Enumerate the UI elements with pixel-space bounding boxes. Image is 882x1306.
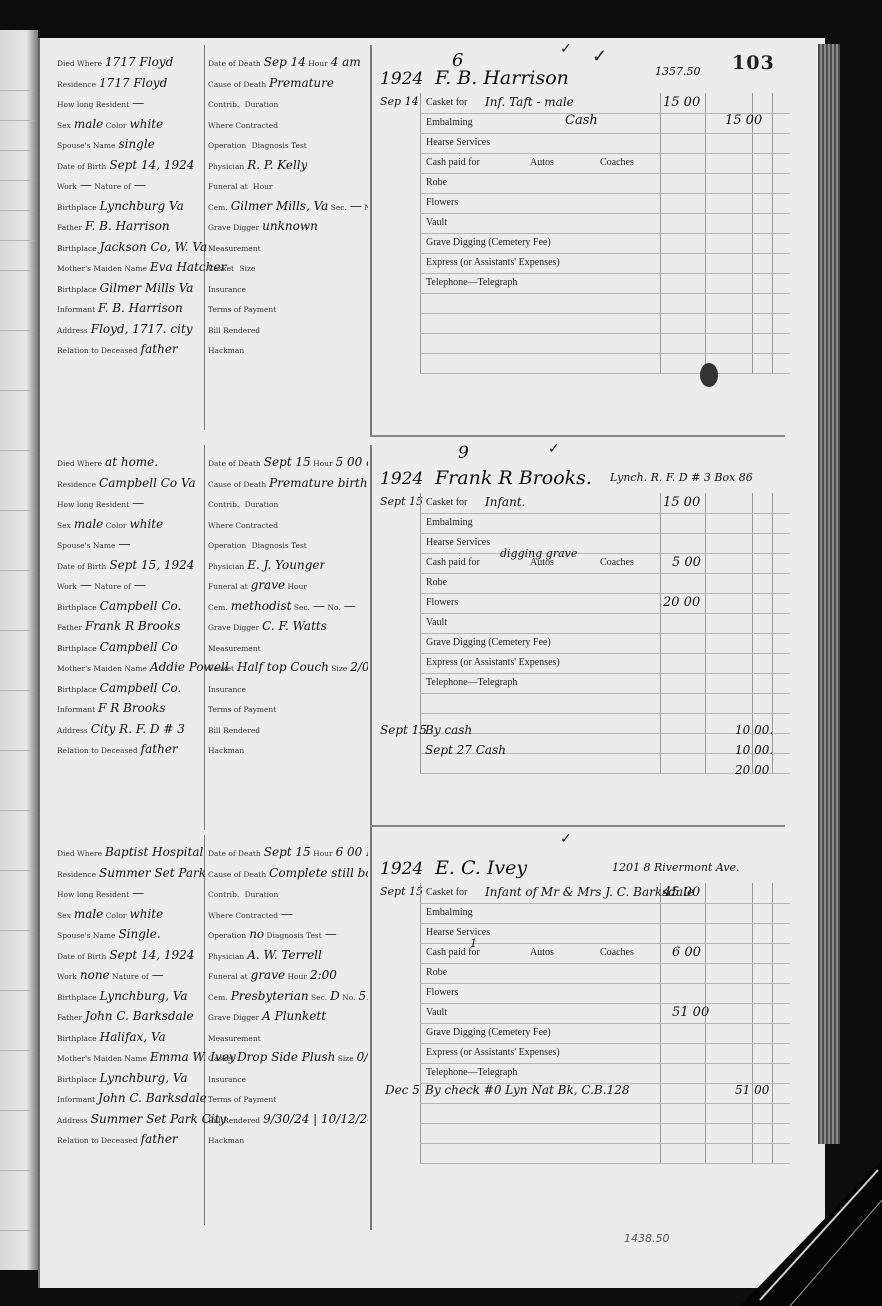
physician-value: A. W. Terrell (247, 948, 322, 962)
mothers-maiden-name-field: Mother's Maiden NameEva Hatcher (57, 260, 226, 274)
where-contracted-value: — (281, 907, 293, 921)
mother-birthplace-label: Birthplace (57, 685, 97, 694)
ledger-label: Embalming (426, 907, 473, 918)
birthplace-value: Campbell Co. (100, 599, 182, 613)
embalming-note: Cash (565, 113, 598, 128)
check-mark: ✓ (592, 46, 607, 67)
ledger-row-express: Express (or Assistants' Expenses) (420, 1043, 790, 1064)
bill-rendered-field: Bill Rendered (208, 722, 263, 736)
color-label: Color (106, 911, 127, 920)
ledger-year: 1924 (380, 469, 423, 489)
cemetery-label: Cem. (208, 203, 228, 212)
how-long-resident-field: How long Resident— (57, 496, 144, 510)
ledger-label: Hearse Services (426, 927, 490, 938)
sex-label: Sex (57, 521, 71, 530)
plot-no-label: No. (327, 603, 340, 612)
sex-label: Sex (57, 911, 71, 920)
work-label: Work (57, 582, 77, 591)
mother-birthplace-label: Birthplace (57, 285, 97, 294)
date-of-death-label: Date of Death (208, 459, 261, 468)
where-contracted-field: Where Contracted— (208, 907, 293, 921)
ledger-row-flowers: Flowers (420, 983, 790, 1004)
date-of-death-field: Date of DeathSep 14 Hour4 am (208, 55, 361, 69)
color-value: white (129, 517, 163, 531)
date-of-death-field: Date of DeathSept 15 Hour5 00 am (208, 455, 368, 469)
payment-amount: 51 00 (735, 1083, 769, 1097)
ledger-label: Embalming (426, 117, 473, 128)
ledger-blank-row (420, 333, 790, 354)
ledger-label: Telephone—Telegraph (426, 677, 517, 688)
died-where-value: Baptist Hospital (105, 845, 203, 859)
ledger-row-embalming: Embalming (420, 903, 790, 924)
facing-page-edge (0, 30, 38, 1270)
relation-to-deceased-field: Relation to Deceasedfather (57, 1132, 178, 1146)
ledger-label: Telephone—Telegraph (426, 1067, 517, 1078)
grave-digger-value: A Plunkett (262, 1009, 326, 1023)
check-mark: ✓ (548, 441, 560, 457)
date-of-birth-value: Sept 14, 1924 (109, 158, 194, 172)
duration-label: Duration (245, 500, 279, 509)
funeral-at-field: Funeral at Hour (208, 178, 276, 192)
ledger-date: Sep 14 (380, 95, 419, 108)
ledger-label: Casket for (426, 497, 467, 508)
mother-birthplace-field: BirthplaceGilmer Mills Va (57, 281, 193, 295)
physician-value: R. P. Kelly (247, 158, 307, 172)
grave-digger-label: Grave Digger (208, 223, 259, 232)
page-stack-edge (818, 44, 840, 1144)
page-number: 103 (732, 52, 775, 74)
work-label: Work (57, 972, 77, 981)
operation-field: Operation Diagnosis Test (208, 137, 310, 151)
cause-of-death-label: Cause of Death (208, 870, 266, 879)
ledger-label: Casket for (426, 887, 467, 898)
spouses-name-field: Spouse's Name— (57, 537, 130, 551)
died-where-field: Died WhereBaptist Hospital (57, 845, 203, 859)
residence-value: Summer Set Park (99, 866, 206, 880)
hour-value: 5 00 am (336, 455, 368, 469)
insurance-label: Insurance (208, 1075, 246, 1084)
ledger-blank-row (420, 353, 790, 374)
physician-label: Physician (208, 562, 244, 571)
grave-digger-value: unknown (262, 219, 318, 233)
date-of-death-value: Sept 15 (264, 455, 311, 469)
spouses-name-value: — (118, 537, 130, 551)
measurement-field: Measurement (208, 640, 264, 654)
father-label: Father (57, 223, 82, 232)
grave-digger-label: Grave Digger (208, 1013, 259, 1022)
grave-digger-field: Grave DiggerA Plunkett (208, 1009, 326, 1023)
relation-to-deceased-value: father (141, 342, 178, 356)
funeral-hour-label: Hour (287, 972, 306, 981)
residence-value: 1717 Floyd (99, 76, 167, 90)
cause-of-death-field: Cause of DeathPremature (208, 76, 334, 90)
coaches-label: Coaches (600, 557, 634, 568)
ledger-label: Flowers (426, 597, 458, 608)
informant-label: Informant (57, 705, 95, 714)
ledger-row-telephone: Telephone—Telegraph (420, 273, 790, 294)
died-where-value: at home. (105, 455, 158, 469)
spouses-name-value: Single. (118, 927, 160, 941)
operation-label: Operation (208, 541, 246, 550)
ink-stain (700, 363, 718, 387)
birthplace-value: Lynchburg, Va (100, 989, 188, 1003)
died-where-label: Died Where (57, 459, 102, 468)
sex-value: male (74, 517, 103, 531)
where-contracted-field: Where Contracted (208, 517, 281, 531)
insurance-label: Insurance (208, 685, 246, 694)
mother-birthplace-label: Birthplace (57, 1075, 97, 1084)
mothers-maiden-name-label: Mother's Maiden Name (57, 1054, 147, 1063)
sec-value: — (313, 599, 325, 613)
informant-value: John C. Barksdale (98, 1091, 207, 1105)
diagnosis-test-label: Diagnosis Test (252, 541, 307, 550)
sex-value: male (74, 117, 103, 131)
spouses-name-label: Spouse's Name (57, 141, 115, 150)
cemetery-value: Presbyterian (231, 989, 309, 1003)
size-label: Size (331, 664, 347, 673)
sec-value: D (330, 989, 340, 1003)
relation-to-deceased-field: Relation to Deceasedfather (57, 342, 178, 356)
book-spine-corner (700, 1160, 882, 1306)
sec-label: Sec. (311, 993, 327, 1002)
ledger-row-telephone: Telephone—Telegraph (420, 1063, 790, 1084)
ledger-customer-name: Frank R Brooks. (435, 467, 592, 489)
casket-field: CasketDrop Side Plush Size0/6 (208, 1050, 368, 1064)
spouses-name-label: Spouse's Name (57, 931, 115, 940)
residence-field: Residence1717 Floyd (57, 76, 167, 90)
ledger-row-grave-digging: Grave Digging (Cemetery Fee) (420, 1023, 790, 1044)
mothers-maiden-name-field: Mother's Maiden NameAddie Powell (57, 660, 229, 674)
vault-amount: 51 00 (672, 1005, 709, 1020)
work-label: Work (57, 182, 77, 191)
date-of-death-label: Date of Death (208, 849, 261, 858)
casket-label: Casket (208, 264, 234, 273)
father-birthplace-label: Birthplace (57, 244, 97, 253)
contrib-field: Contrib. Duration (208, 496, 281, 510)
cash-paid-amount: 5 00 (672, 555, 701, 570)
work-field: Work— Nature of— (57, 178, 146, 192)
father-birthplace-field: BirthplaceCampbell Co (57, 640, 178, 654)
size-value: 0/6 (357, 1050, 368, 1064)
sex-field: Sexmale Colorwhite (57, 117, 163, 131)
casket-value: Drop Side Plush (237, 1050, 335, 1064)
terms-of-payment-label: Terms of Payment (208, 705, 276, 714)
died-where-field: Died Whereat home. (57, 455, 158, 469)
physician-value: E. J. Younger (247, 558, 325, 572)
ledger-label: Vault (426, 1007, 447, 1018)
date-of-birth-value: Sept 14, 1924 (109, 948, 194, 962)
terms-of-payment-label: Terms of Payment (208, 1095, 276, 1104)
ledger-blank-row (420, 1103, 790, 1124)
sex-label: Sex (57, 121, 71, 130)
payment-date: Dec 5 (385, 1083, 420, 1097)
address-field: AddressSummer Set Park City (57, 1112, 226, 1126)
hackman-label: Hackman (208, 1136, 244, 1145)
payment-date: Sept 15 (380, 723, 427, 737)
ledger-label: Vault (426, 617, 447, 628)
casket-value: Half top Couch (237, 660, 329, 674)
date-of-birth-field: Date of BirthSept 15, 1924 (57, 558, 194, 572)
hackman-label: Hackman (208, 746, 244, 755)
ledger-row-embalming: Embalming (420, 513, 790, 534)
cause-of-death-field: Cause of DeathComplete still born (208, 866, 368, 880)
ledger-row-grave-digging: Grave Digging (Cemetery Fee) (420, 233, 790, 254)
coaches-label: Coaches (600, 157, 634, 168)
cause-of-death-field: Cause of DeathPremature birth (5½ mons.) (208, 476, 368, 490)
ledger-address-note: 1201 8 Rivermont Ave. (612, 861, 740, 874)
hackman-field: Hackman (208, 742, 247, 756)
ledger-label: Embalming (426, 517, 473, 528)
ledger-row-grave-digging: Grave Digging (Cemetery Fee) (420, 633, 790, 654)
cemetery-label: Cem. (208, 993, 228, 1002)
address-label: Address (57, 326, 88, 335)
operation-label: Operation (208, 931, 246, 940)
measurement-label: Measurement (208, 644, 261, 653)
cause-of-death-value: Premature birth (5½ mons.) (269, 476, 368, 490)
ledger-blank-row (420, 293, 790, 314)
color-value: white (129, 117, 163, 131)
physician-field: PhysicianR. P. Kelly (208, 158, 307, 172)
ledger-row-cash-paid-for: Cash paid forAutosCoaches (420, 553, 790, 574)
casket-amount: 45 00 (663, 885, 700, 900)
spouses-name-value: single (118, 137, 154, 151)
hackman-label: Hackman (208, 346, 244, 355)
address-label: Address (57, 1116, 88, 1125)
funeral-hour-value: 2:00 (310, 968, 337, 982)
ledger-label: Flowers (426, 197, 458, 208)
size-label: Size (338, 1054, 354, 1063)
ledger-label: Express (or Assistants' Expenses) (426, 657, 560, 668)
check-mark: ✓ (560, 41, 572, 57)
ledger-row-flowers: Flowers (420, 593, 790, 614)
informant-label: Informant (57, 1095, 95, 1104)
ledger-blank-row (420, 313, 790, 334)
plot-no-label: No. (342, 993, 355, 1002)
address-field: AddressFloyd, 1717. city (57, 322, 193, 336)
informant-label: Informant (57, 305, 95, 314)
residence-label: Residence (57, 80, 96, 89)
autos-label: Autos (530, 947, 554, 958)
spouses-name-field: Spouse's NameSingle. (57, 927, 161, 941)
casket-amount: 15 00 (663, 495, 700, 510)
ledger-row-vault: Vault (420, 213, 790, 234)
ledger-year: 1924 (380, 859, 423, 879)
birthplace-field: BirthplaceLynchburg, Va (57, 989, 188, 1003)
relation-to-deceased-value: father (141, 742, 178, 756)
ledger-label: Express (or Assistants' Expenses) (426, 257, 560, 268)
physician-field: PhysicianE. J. Younger (208, 558, 325, 572)
relation-to-deceased-label: Relation to Deceased (57, 346, 138, 355)
nature-of-label: Nature of (94, 582, 131, 591)
ledger-customer-name: E. C. Ivey (435, 857, 527, 879)
bill-rendered-field: Bill Rendered (208, 322, 263, 336)
ledger-row-robe: Robe (420, 963, 790, 984)
sec-label: Sec. (294, 603, 310, 612)
died-where-label: Died Where (57, 59, 102, 68)
work-value: — (80, 578, 92, 592)
residence-value: Campbell Co Va (99, 476, 196, 490)
ledger-row-vault: Vault (420, 1003, 790, 1024)
check-mark: ✓ (560, 831, 572, 847)
funeral-at-label: Funeral at (208, 182, 248, 191)
work-field: Worknone Nature of— (57, 968, 164, 982)
hour-label: Hour (313, 849, 332, 858)
mothers-maiden-name-label: Mother's Maiden Name (57, 264, 147, 273)
father-field: FatherF. B. Harrison (57, 219, 170, 233)
how-long-resident-value: — (132, 96, 144, 110)
ledger-header-note: 1357.50 (655, 65, 701, 78)
coaches-label: Coaches (600, 947, 634, 958)
diagnosis-test-label: Diagnosis Test (252, 141, 307, 150)
address-label: Address (57, 726, 88, 735)
where-contracted-label: Where Contracted (208, 911, 278, 920)
where-contracted-label: Where Contracted (208, 121, 278, 130)
ledger-label: Grave Digging (Cemetery Fee) (426, 1027, 551, 1038)
funeral-at-value: grave (251, 968, 285, 982)
residence-field: ResidenceCampbell Co Va (57, 476, 196, 490)
hour-label: Hour (313, 459, 332, 468)
ledger-row-express: Express (or Assistants' Expenses) (420, 253, 790, 274)
how-long-resident-value: — (132, 886, 144, 900)
birthplace-field: BirthplaceCampbell Co. (57, 599, 181, 613)
ledger-row-casket-for: Casket for (420, 93, 790, 114)
casket-for-note: Inf. Taft - male (485, 95, 574, 109)
operation-label: Operation (208, 141, 246, 150)
sex-field: Sexmale Colorwhite (57, 517, 163, 531)
ledger-label: Telephone—Telegraph (426, 277, 517, 288)
color-label: Color (106, 521, 127, 530)
operation-value: no (249, 927, 264, 941)
ledger-year: 1924 (380, 69, 423, 89)
date-of-birth-field: Date of BirthSept 14, 1924 (57, 948, 194, 962)
casket-field: Casket Size (208, 260, 258, 274)
sec-value: — (350, 199, 362, 213)
residence-label: Residence (57, 480, 96, 489)
cemetery-value: methodist (231, 599, 292, 613)
where-contracted-field: Where Contracted (208, 117, 281, 131)
mother-birthplace-field: BirthplaceCampbell Co. (57, 681, 181, 695)
ledger-label: Grave Digging (Cemetery Fee) (426, 637, 551, 648)
credit-amount: 15 00 (725, 113, 762, 128)
color-label: Color (106, 121, 127, 130)
casket-label: Casket (208, 664, 234, 673)
casket-label: Casket (208, 1054, 234, 1063)
nature-of-label: Nature of (94, 182, 131, 191)
relation-to-deceased-field: Relation to Deceasedfather (57, 742, 178, 756)
hour-value: 4 am (331, 55, 361, 69)
how-long-resident-field: How long Resident— (57, 886, 144, 900)
operation-field: Operation Diagnosis Test (208, 537, 310, 551)
birthplace-label: Birthplace (57, 993, 97, 1002)
nature-of-label: Nature of (112, 972, 149, 981)
residence-label: Residence (57, 870, 96, 879)
terms-of-payment-field: Terms of Payment (208, 1091, 279, 1105)
informant-field: InformantF R Brooks (57, 701, 166, 715)
color-value: white (129, 907, 163, 921)
ledger-row-telephone: Telephone—Telegraph (420, 673, 790, 694)
insurance-field: Insurance (208, 681, 249, 695)
informant-value: F R Brooks (98, 701, 165, 715)
operation-field: Operationno Diagnosis Test— (208, 927, 337, 941)
ledger-blank-row (420, 693, 790, 714)
father-birthplace-label: Birthplace (57, 1034, 97, 1043)
ledger-row-hearse-services: Hearse Services (420, 533, 790, 554)
ledger-row-hearse-services: Hearse Services (420, 133, 790, 154)
ledger-date: Sept 15 (380, 495, 423, 508)
ledger-row-robe: Robe (420, 173, 790, 194)
ledger-row-vault: Vault (420, 613, 790, 634)
ledger-row-robe: Robe (420, 573, 790, 594)
grave-digger-label: Grave Digger (208, 623, 259, 632)
ledger-row-casket-for: Casket for (420, 493, 790, 514)
mother-birthplace-value: Lynchburg, Va (100, 1071, 188, 1085)
sec-label: Sec. (331, 203, 347, 212)
informant-field: InformantF. B. Harrison (57, 301, 183, 315)
ledger-row-cash-paid-for: Cash paid forAutosCoaches (420, 153, 790, 174)
date-of-death-field: Date of DeathSept 15 Hour6 00 P.M. (208, 845, 368, 859)
cause-of-death-value: Complete still born (269, 866, 368, 880)
physician-field: PhysicianA. W. Terrell (208, 948, 322, 962)
ledger-label: Cash paid for (426, 157, 480, 168)
work-field: Work— Nature of— (57, 578, 146, 592)
date-of-death-value: Sept 15 (264, 845, 311, 859)
ledger-label: Vault (426, 217, 447, 228)
grave-digger-value: C. F. Watts (262, 619, 327, 633)
ledger-row-express: Express (or Assistants' Expenses) (420, 653, 790, 674)
form-column-divider (204, 835, 205, 1225)
form-column-divider (204, 45, 205, 430)
form-ledger-divider (370, 835, 372, 1230)
birthplace-label: Birthplace (57, 203, 97, 212)
birthplace-label: Birthplace (57, 603, 97, 612)
father-birthplace-label: Birthplace (57, 644, 97, 653)
date-of-death-label: Date of Death (208, 59, 261, 68)
ledger-label: Flowers (426, 987, 458, 998)
ledger-label: Hearse Services (426, 537, 490, 548)
how-long-resident-label: How long Resident (57, 500, 129, 509)
contrib-label: Contrib. (208, 500, 239, 509)
cause-of-death-value: Premature (269, 76, 334, 90)
informant-value: F. B. Harrison (98, 301, 183, 315)
margin-mark: 9 (458, 443, 469, 463)
cause-of-death-label: Cause of Death (208, 80, 266, 89)
mother-birthplace-value: Gilmer Mills Va (100, 281, 194, 295)
spouses-name-label: Spouse's Name (57, 541, 115, 550)
casket-field: CasketHalf top Couch Size2/0 (208, 660, 368, 674)
ledger-label: Robe (426, 577, 447, 588)
mother-birthplace-field: BirthplaceLynchburg, Va (57, 1071, 188, 1085)
address-value: Summer Set Park City (91, 1112, 226, 1126)
bill-rendered-label: Bill Rendered (208, 1116, 260, 1125)
father-field: FatherFrank R Brooks (57, 619, 180, 633)
ledger-label: Grave Digging (Cemetery Fee) (426, 237, 551, 248)
ledger-label: Hearse Services (426, 137, 490, 148)
cause-of-death-label: Cause of Death (208, 480, 266, 489)
date-of-birth-label: Date of Birth (57, 562, 106, 571)
cash-paid-amount: 6 00 (672, 945, 701, 960)
ledger-label: Express (or Assistants' Expenses) (426, 1047, 560, 1058)
measurement-label: Measurement (208, 244, 261, 253)
date-of-death-value: Sep 14 (264, 55, 306, 69)
casket-amount: 15 00 (663, 95, 700, 110)
cemetery-field: Cem.methodist Sec.— No.— (208, 599, 356, 613)
father-value: Frank R Brooks (85, 619, 180, 633)
measurement-field: Measurement (208, 1030, 264, 1044)
ledger-label: Robe (426, 177, 447, 188)
diagnosis-test-value: — (325, 927, 337, 941)
cemetery-field: Cem.Presbyterian Sec.D No.51 N.W. corn (208, 989, 368, 1003)
payment-amount: 10 00. (735, 743, 773, 757)
